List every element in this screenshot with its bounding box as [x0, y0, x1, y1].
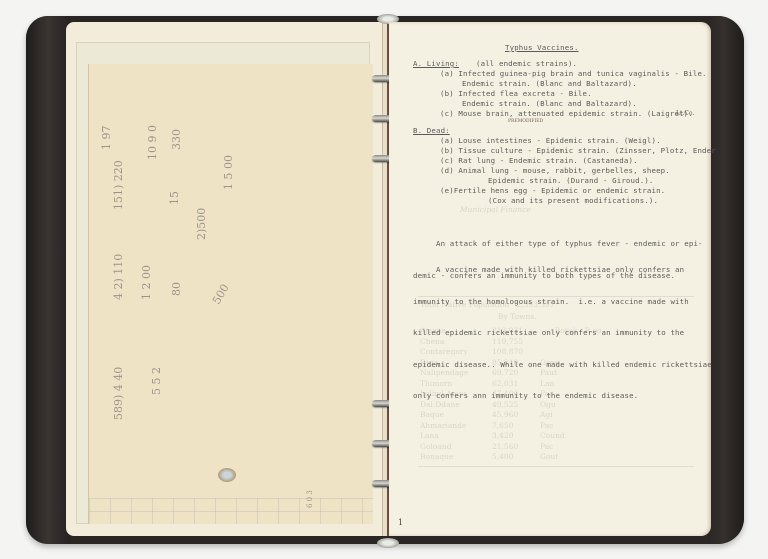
cover-right-edge: [710, 16, 744, 544]
list-item-cont: Endemic strain. (Blanc and Baltazard).: [462, 79, 637, 90]
ghost-cell: Cound: [540, 431, 565, 442]
ghost-cell: Lana: [420, 431, 439, 442]
paragraph-line: immunity to the homologous strain. i.e. …: [413, 297, 712, 308]
list-item-cont: Endemic strain. (Blanc and Baltazard).: [462, 99, 637, 110]
ghost-cell: 5,400: [492, 452, 513, 463]
handwritten-annotation: PREMODIFIED: [508, 119, 543, 124]
pencil-note: 10 9 0: [146, 125, 159, 160]
document-title: Typhus Vaccines.: [505, 43, 579, 54]
binder-clip-bottom: [377, 538, 399, 548]
list-item-cont: (Cox and its present modifications.).: [488, 196, 658, 207]
graph-paper-strip: [89, 498, 373, 524]
pencil-note: 15: [168, 191, 181, 205]
pencil-note: 4 2) 110: [112, 254, 125, 300]
list-item: (d) Animal lung - mouse, rabbit, gerbell…: [440, 166, 670, 177]
list-item: (c) Mouse brain, attenuated epidemic str…: [440, 109, 693, 120]
ghost-heading: Municipal Finance: [460, 205, 531, 216]
page-mark: 1: [398, 518, 403, 527]
pencil-note: 1 5 00: [222, 155, 235, 190]
pencil-note: 2)500: [195, 208, 208, 240]
pencil-note: 6 0 3: [306, 490, 314, 508]
ghost-cell: Goloand: [420, 442, 452, 453]
ghost-cell: Gout: [540, 452, 558, 463]
ghost-cell: Pac: [540, 442, 553, 453]
pencil-note: 1 2 00: [140, 265, 153, 300]
list-item: (e)Fertile hens egg - Epidemic or endemi…: [440, 186, 665, 197]
pencil-note: 80: [170, 282, 183, 296]
list-item: (b) Infected flea excreta - Bile.: [440, 89, 592, 100]
ghost-cell: Bonaque: [420, 452, 453, 463]
ghost-cell: 21,560: [492, 442, 518, 453]
paragraph-line: A vaccine made with killed rickettsiae o…: [413, 265, 712, 276]
paragraph-line: epidemic disease.. While one made with k…: [413, 360, 712, 371]
list-item-cont: Epidemic strain. (Durand - Giroud.).: [488, 176, 654, 187]
pencil-note: 5 5 2: [150, 367, 163, 395]
paragraph: A vaccine made with killed rickettsiae o…: [413, 244, 712, 423]
notebook-photo: 151) 220 1 97 10 9 0 330 1 5 00 15 2)500…: [0, 0, 768, 559]
list-item: (a) Louse intestines - Epidemic strain. …: [440, 136, 661, 147]
pencil-note: 1 97: [100, 126, 113, 151]
handwritten-annotation: Lt.Co.: [676, 110, 694, 117]
section-heading-living: A. Living:: [413, 59, 459, 70]
pencil-note: 589) 4 40: [112, 367, 125, 420]
list-item: (c) Rat lung - Endemic strain. (Castaned…: [440, 156, 638, 167]
paragraph-line: killed epidemic rickettsiae only confers…: [413, 328, 712, 339]
left-insert-front-sheet: [88, 64, 373, 524]
section-heading-dead: B. Dead:: [413, 126, 450, 137]
pencil-note: 151) 220: [112, 160, 125, 210]
cover-left-edge: [26, 16, 70, 544]
list-item: (a) Infected guinea-pig brain and tunica…: [440, 69, 707, 80]
section-note: (all endemic strains).: [476, 59, 577, 70]
paper-stain: [218, 468, 236, 482]
ghost-rule: [418, 466, 694, 467]
pencil-note: 330: [170, 129, 183, 150]
list-item: (b) Tissue culture - Epidemic strain. (Z…: [440, 146, 716, 157]
ghost-cell: 3,420: [492, 431, 513, 442]
paragraph-line: only confers ann immunity to the endemic…: [413, 391, 712, 402]
